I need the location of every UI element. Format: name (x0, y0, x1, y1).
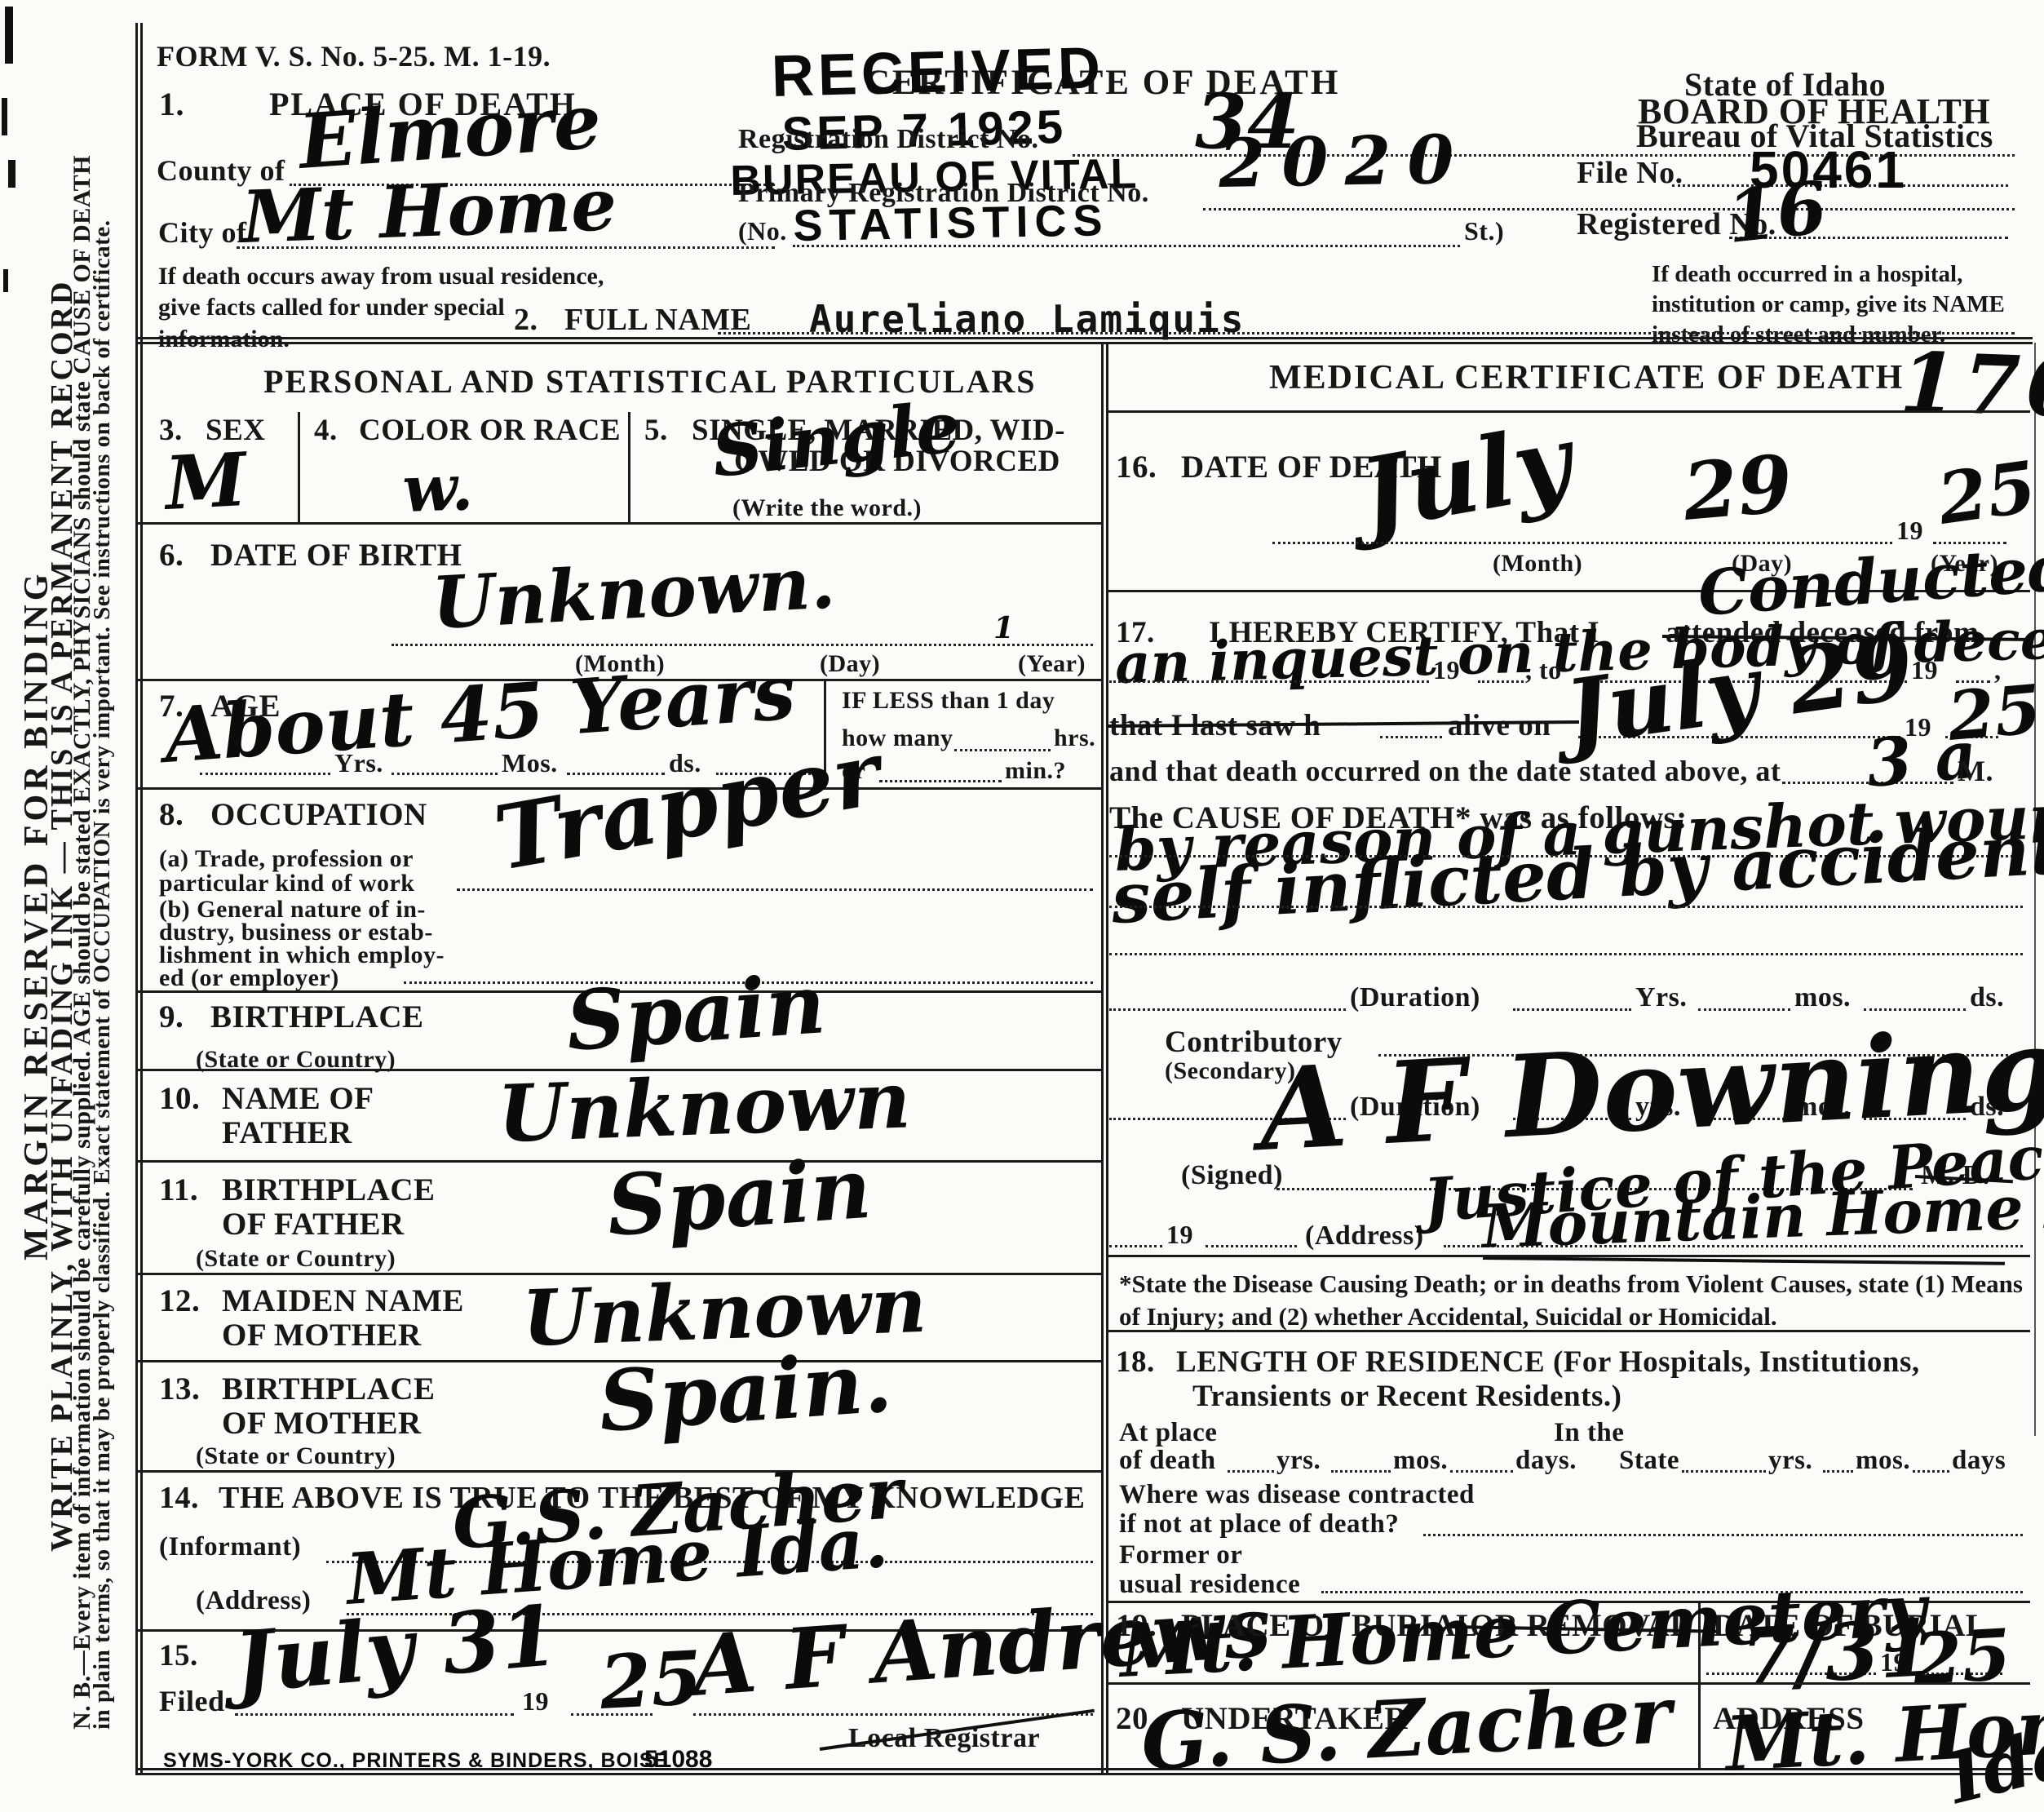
res-state-label: State (1619, 1446, 1679, 1475)
former-residence-label-line1: Former or (1119, 1540, 1242, 1570)
dob-label: DATE OF BIRTH (210, 538, 462, 574)
dotted-line (879, 780, 1002, 782)
column-divider (1101, 343, 1108, 1774)
rule-line (138, 522, 1101, 525)
dob-day-caption: (Day) (820, 650, 880, 677)
marital-hint: (Write the word.) (732, 494, 922, 521)
if-less-line1: IF LESS than 1 day (842, 687, 1055, 714)
dotted-line (1228, 1470, 1274, 1473)
filed-date-handwritten: July 31 (231, 1594, 561, 1705)
dotted-line (793, 245, 1460, 247)
death-month-handwritten: July (1353, 412, 1578, 545)
father-birthplace-hint: (State or Country) (196, 1245, 396, 1272)
mother-name-label-line1: MAIDEN NAME (222, 1284, 464, 1319)
mother-birthplace-value-handwritten: Spain. (596, 1340, 895, 1444)
residence-number: 18. (1116, 1346, 1155, 1380)
duration-mos-label: mos. (1794, 982, 1851, 1012)
dotted-line (1698, 1008, 1790, 1011)
mother-birthplace-label-line1: BIRTHPLACE (222, 1372, 436, 1407)
printer-imprint: SYMS-YORK CO., PRINTERS & BINDERS, BOISE (163, 1751, 668, 1771)
away-from-residence-note: If death occurs away from usual residenc… (158, 261, 619, 355)
dotted-line (1272, 542, 1892, 544)
if-less-hrs: hrs. (1054, 724, 1095, 751)
father-birthplace-label-line2: OF FATHER (222, 1207, 405, 1243)
birthplace-value-handwritten: Spain (564, 963, 828, 1062)
at-place-label: At place (1119, 1418, 1217, 1447)
rule-line (1108, 1330, 2030, 1332)
mother-birthplace-number: 13. (159, 1372, 200, 1407)
alive-on-struck-text: alive on (1448, 710, 1551, 743)
father-birthplace-label-line1: BIRTHPLACE (222, 1173, 436, 1208)
father-name-label-line2: FATHER (222, 1116, 352, 1151)
dob-year-caption: (Year) (1018, 650, 1086, 677)
form-number: FORM V. S. No. 5-25. M. 1-19. (157, 41, 551, 73)
birthplace-label: BIRTHPLACE (210, 1000, 424, 1035)
death-year-19-label: 19 (1896, 516, 1923, 545)
dob-number: 6. (159, 538, 184, 574)
res-state-yrs-label: yrs. (1768, 1446, 1812, 1475)
of-death-label: of death (1119, 1446, 1216, 1475)
dotted-line (457, 888, 1093, 891)
former-residence-label-line2: usual residence (1119, 1570, 1300, 1599)
undertaker-value-handwritten: G. S. Zacher (1139, 1676, 1673, 1782)
dotted-line (1913, 1470, 1949, 1473)
mother-name-label-line2: OF MOTHER (222, 1318, 422, 1353)
registration-district-label: Registration District No. (738, 124, 1038, 154)
occupation-number: 8. (159, 798, 184, 833)
res-yrs-label: yrs. (1276, 1446, 1321, 1475)
dotted-line (1109, 680, 1429, 683)
mother-name-number: 12. (159, 1284, 200, 1319)
received-stamp: RECEIVED (771, 38, 1105, 106)
race-number: 4. (314, 414, 338, 448)
physician-address-label: (Address) (1305, 1221, 1424, 1251)
dotted-line (1109, 1008, 1346, 1011)
filed-19-label: 19 (522, 1687, 549, 1716)
cell-divider (628, 412, 630, 522)
city-value-handwritten: Mt Home (241, 168, 617, 253)
race-label: COLOR OR RACE (359, 414, 621, 448)
duration-yrs-label: Yrs. (1635, 982, 1687, 1012)
filed-number: 15. (159, 1640, 198, 1673)
dotted-line (954, 749, 1051, 751)
dotted-line (1513, 1008, 1631, 1011)
informant-section-number: 14. (159, 1482, 199, 1516)
father-name-value-handwritten: Unknown (497, 1061, 912, 1154)
medical-title: MEDICAL CERTIFICATE OF DEATH (1269, 359, 1904, 397)
informant-label: (Informant) (159, 1532, 301, 1562)
occupation-label: OCCUPATION (210, 798, 427, 833)
dotted-line (1682, 1470, 1766, 1473)
duration-label: (Duration) (1350, 982, 1480, 1012)
primary-registration-label: Primary Registration District No. (738, 178, 1149, 208)
dotted-line (392, 773, 498, 775)
printer-number: 51088 (644, 1748, 712, 1772)
dotted-line (235, 1713, 514, 1716)
dob-stray-mark: 1 (993, 614, 1014, 643)
occupation-b-line4: ed (or employer) (159, 964, 339, 991)
dotted-line (1478, 680, 1524, 683)
cell-divider (298, 412, 300, 522)
scan-artifact (8, 160, 15, 188)
death-occurred-text: and that death occurred on the date stat… (1109, 755, 1781, 788)
sex-value-handwritten: M (163, 443, 248, 521)
date-of-death-number: 16. (1116, 450, 1157, 485)
dotted-line (1109, 906, 2023, 908)
dotted-line (1109, 1245, 1162, 1247)
dotted-line (1380, 736, 1442, 738)
father-birthplace-value-handwritten: Spain (604, 1147, 874, 1248)
death-month-caption: (Month) (1493, 550, 1582, 577)
dotted-line (1331, 1470, 1391, 1473)
if-less-min: min.? (1005, 757, 1066, 784)
contracted-label-line1: Where was disease contracted (1119, 1480, 1475, 1509)
dotted-line (1450, 1470, 1513, 1473)
father-birthplace-number: 11. (159, 1173, 198, 1208)
margin-nb-note-line2: in plain terms, so that it may be proper… (90, 220, 116, 1730)
residence-label-line1: LENGTH OF RESIDENCE (For Hospitals, Inst… (1176, 1346, 1920, 1380)
occupation-a-line1: (a) Trade, profession or (159, 845, 414, 872)
occupation-a-line2: particular kind of work (159, 870, 414, 897)
father-name-label-line1: NAME OF (222, 1082, 374, 1117)
mother-birthplace-label-line2: OF MOTHER (222, 1407, 422, 1442)
certify-19a-label: 19 (1433, 656, 1460, 684)
dotted-line (1823, 1470, 1853, 1473)
form-left-border (135, 23, 143, 1774)
death-certificate-scan: MARGIN RESERVED FOR BINDING WRITE PLAINL… (0, 0, 2044, 1812)
res-days-label: days. (1515, 1446, 1577, 1475)
dotted-line (1206, 1245, 1297, 1247)
rule-line (1108, 410, 2030, 413)
filed-label: Filed (159, 1686, 225, 1718)
filed-year-handwritten: 25 (598, 1641, 704, 1720)
contracted-label-line2: if not at place of death? (1119, 1509, 1399, 1539)
scan-artifact (2, 98, 7, 135)
dotted-line (1109, 953, 2023, 955)
scan-artifact (5, 7, 13, 64)
full-name-value-typed: Aureliano Lamiquis (809, 297, 1245, 341)
street-number-open: (No. (738, 217, 787, 246)
res-mos-label: mos. (1393, 1446, 1448, 1475)
res-state-days-label: days (1952, 1446, 2006, 1475)
medical-note-handwritten: 170 (1899, 341, 2044, 429)
certify-to-label: , to (1525, 656, 1562, 684)
race-value-handwritten: w. (401, 456, 474, 522)
residence-label-line2: Transients or Recent Residents.) (1192, 1380, 1621, 1414)
death-day-handwritten: 29 (1680, 445, 1795, 532)
registered-no-value: 16 (1723, 171, 1830, 253)
mother-birthplace-hint: (State or Country) (196, 1442, 396, 1469)
birthplace-number: 9. (159, 1000, 184, 1035)
primary-registration-value: 2020 (1219, 126, 1471, 197)
marital-number: 5. (644, 414, 668, 448)
place-of-death-number: 1. (159, 86, 184, 122)
city-label: City of (158, 217, 246, 250)
death-time-m-label: M. (1958, 755, 1993, 788)
dotted-line (392, 644, 1093, 646)
signed-19-label: 19 (1166, 1221, 1193, 1249)
dob-value-handwritten: Unknown. (430, 546, 837, 639)
in-the-label: In the (1554, 1418, 1624, 1447)
street-number-close: St.) (1464, 217, 1504, 246)
file-no-label: File No. (1577, 157, 1683, 191)
dotted-line (693, 1713, 1093, 1716)
father-name-number: 10. (159, 1082, 200, 1117)
scan-artifact (3, 269, 8, 292)
death-year-handwritten: 25 (1934, 452, 2040, 535)
violent-causes-footnote: *State the Disease Causing Death; or in … (1119, 1268, 2026, 1332)
local-registrar-label: Local Registrar (848, 1723, 1040, 1753)
full-name-number: 2. (514, 303, 538, 338)
res-state-mos-label: mos. (1856, 1446, 1910, 1475)
dotted-line (1423, 1534, 2023, 1536)
